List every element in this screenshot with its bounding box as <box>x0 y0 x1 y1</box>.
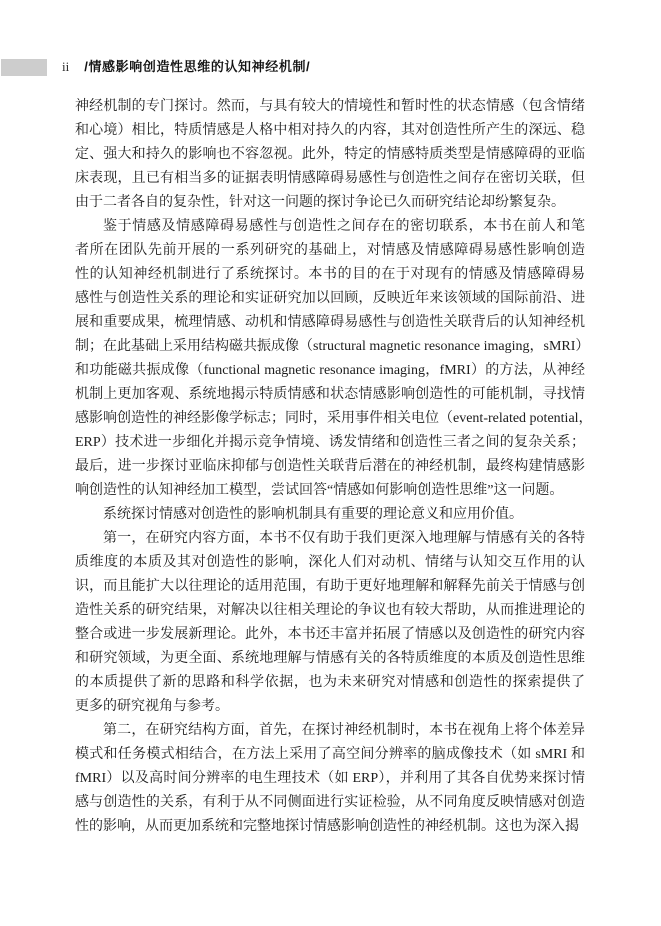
text-line: 性的认知神经机制进行了系统探讨。本书的目的在于对现有的情感及情感障碍易 <box>75 263 585 287</box>
text-line: 神经机制的专门探讨。然而，与具有较大的情境性和暂时性的状态情感（包含情绪 <box>75 95 585 119</box>
text-line: 床表现，且已有相当多的证据表明情感障碍易感性与创造性之间存在密切关联，但 <box>75 167 585 191</box>
text-line: 感与创造性的关系，有利于从不同侧面进行实证检验，从不同角度反映情感对创造 <box>75 791 585 815</box>
text-line: 第一，在研究内容方面，本书不仅有助于我们更深入地理解与情感有关的各特 <box>75 527 585 551</box>
text-line: 系统探讨情感对创造性的影响机制具有重要的理论意义和应用价值。 <box>75 503 585 527</box>
page-number: ii <box>62 59 69 75</box>
paragraph: 鉴于情感及情感障碍易感性与创造性之间存在的密切联系，本书在前人和笔者所在团队先前… <box>75 215 585 503</box>
text-line: 模式和任务模式相结合，在方法上采用了高空间分辨率的脑成像技术（如 sMRI 和 <box>75 743 585 767</box>
text-line: 和心境）相比，特质情感是人格中相对持久的内容，其对创造性所产生的深远、稳 <box>75 119 585 143</box>
text-line: 造性关系的研究结果，对解决以往相关理论的争议也有较大帮助，从而推进理论的 <box>75 599 585 623</box>
text-line: 定、强大和持久的影响也不容忽视。此外，特定的情感特质类型是情感障碍的亚临 <box>75 143 585 167</box>
text-line: 最后，进一步探讨亚临床抑郁与创造性关联背后潜在的神经机制，最终构建情感影 <box>75 455 585 479</box>
text-line: 机制上更加客观、系统地揭示特质情感和状态情感影响创造性的可能机制，寻找情 <box>75 383 585 407</box>
text-line: 和研究领域，为更全面、系统地理解与情感有关的各特质维度的本质及创造性思维 <box>75 647 585 671</box>
page-header: ii /情感影响创造性思维的认知神经机制/ <box>62 56 310 76</box>
body-text: 神经机制的专门探讨。然而，与具有较大的情境性和暂时性的状态情感（包含情绪和心境）… <box>75 95 585 839</box>
text-line: 的本质提供了新的思路和科学依据，也为未来研究对情感和创造性的探索提供了 <box>75 671 585 695</box>
chapter-edge-tab <box>1 59 47 76</box>
text-line: 更多的研究视角与参考。 <box>75 695 585 719</box>
paragraph: 神经机制的专门探讨。然而，与具有较大的情境性和暂时性的状态情感（包含情绪和心境）… <box>75 95 585 215</box>
text-line: 展和重要成果，梳理情感、动机和情感障碍易感性与创造性关联背后的认知神经机 <box>75 311 585 335</box>
text-line: 响创造性的认知神经加工模型，尝试回答“情感如何影响创造性思维”这一问题。 <box>75 479 585 503</box>
running-title: /情感影响创造性思维的认知神经机制/ <box>84 56 310 75</box>
text-line: 感影响创造性的神经影像学标志；同时，采用事件相关电位（event-related… <box>75 407 585 431</box>
paragraph: 系统探讨情感对创造性的影响机制具有重要的理论意义和应用价值。 <box>75 503 585 527</box>
text-line: 鉴于情感及情感障碍易感性与创造性之间存在的密切联系，本书在前人和笔 <box>75 215 585 239</box>
paragraph: 第二，在研究结构方面，首先，在探讨神经机制时，本书在视角上将个体差异模式和任务模… <box>75 719 585 839</box>
text-line: 整合或进一步发展新理论。此外，本书还丰富并拓展了情感以及创造性的研究内容 <box>75 623 585 647</box>
text-line: fMRI）以及高时间分辨率的电生理技术（如 ERP），并利用了其各自优势来探讨情 <box>75 767 585 791</box>
text-line: 感性与创造性关系的理论和实证研究加以回顾，反映近年来该领域的国际前沿、进 <box>75 287 585 311</box>
text-line: 质维度的本质及其对创造性的影响，深化人们对动机、情绪与认知交互作用的认 <box>75 551 585 575</box>
text-line: 第二，在研究结构方面，首先，在探讨神经机制时，本书在视角上将个体差异 <box>75 719 585 743</box>
text-line: 识，而且能扩大以往理论的适用范围，有助于更好地理解和解释先前关于情感与创 <box>75 575 585 599</box>
text-line: ERP）技术进一步细化并揭示竞争情境、诱发情绪和创造性三者之间的复杂关系； <box>75 431 585 455</box>
text-line: 和功能磁共振成像（functional magnetic resonance i… <box>75 359 585 383</box>
book-page: ii /情感影响创造性思维的认知神经机制/ 神经机制的专门探讨。然而，与具有较大… <box>0 0 661 926</box>
paragraph: 第一，在研究内容方面，本书不仅有助于我们更深入地理解与情感有关的各特质维度的本质… <box>75 527 585 719</box>
text-line: 性的影响，从而更加系统和完整地探讨情感影响创造性的神经机制。这也为深入揭 <box>75 815 585 839</box>
text-line: 由于二者各自的复杂性，针对这一问题的探讨争论已久而研究结论却纷繁复杂。 <box>75 191 585 215</box>
text-line: 制；在此基础上采用结构磁共振成像（structural magnetic res… <box>75 335 585 359</box>
text-line: 者所在团队先前开展的一系列研究的基础上，对情感及情感障碍易感性影响创造 <box>75 239 585 263</box>
